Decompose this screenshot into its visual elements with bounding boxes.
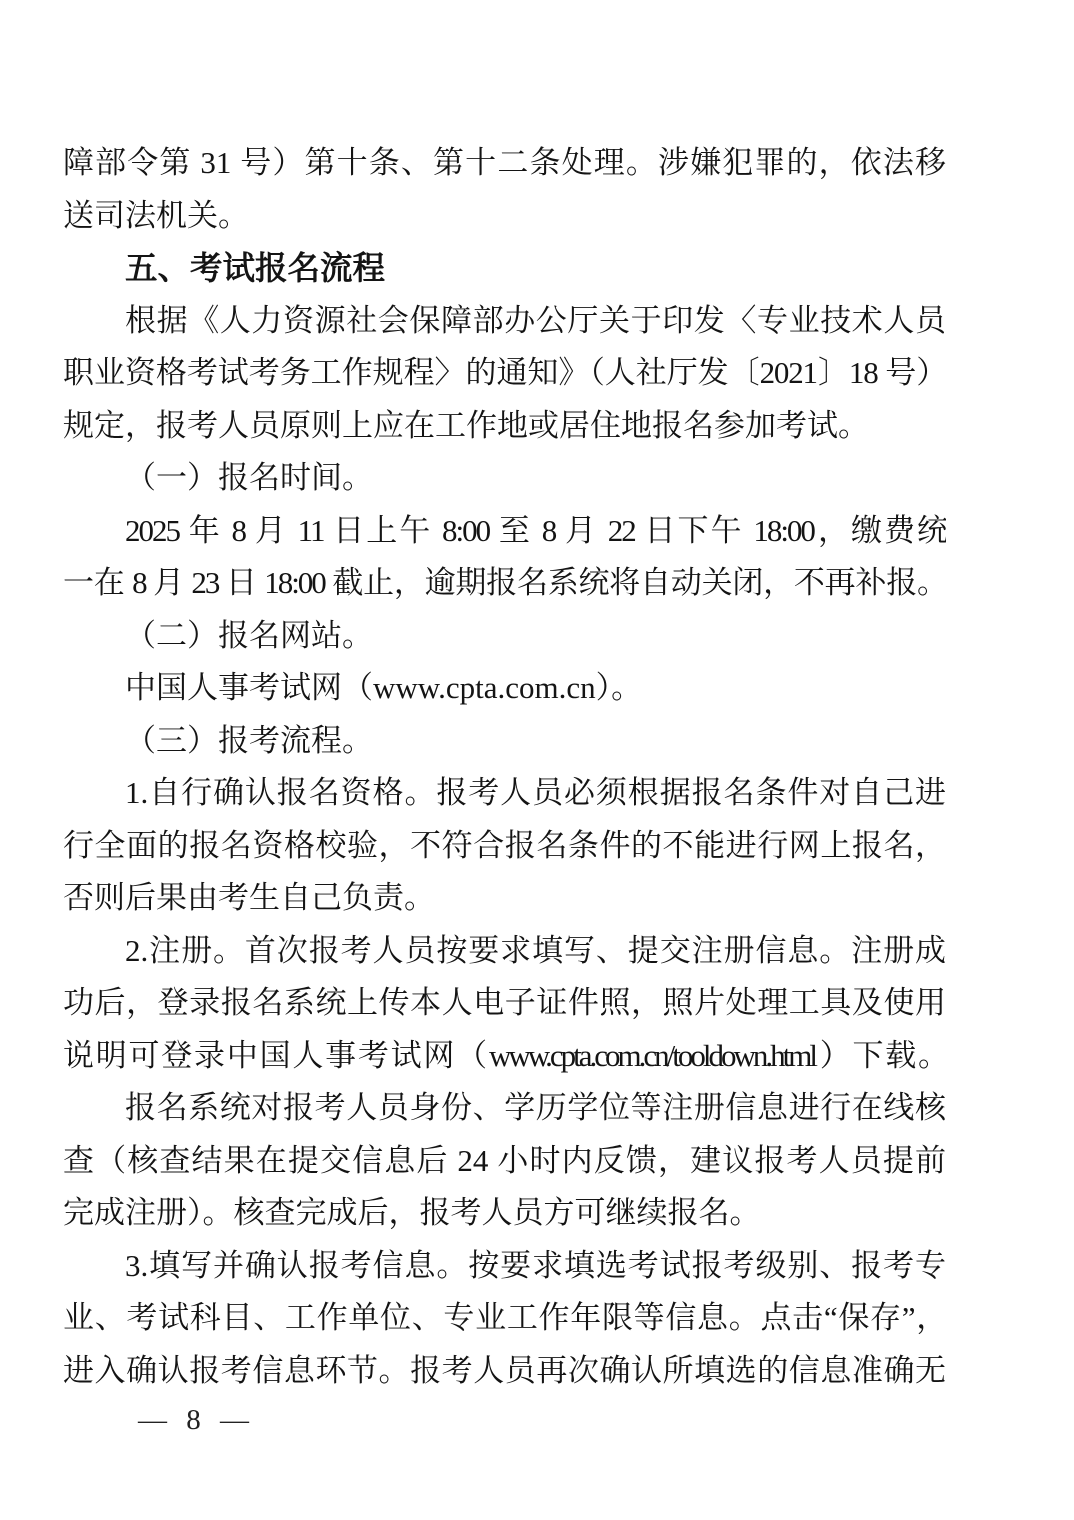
- text-line: 3.填写并确认报考信息。按要求填选考试报考级别、报考专: [63, 1240, 946, 1293]
- text-line: 行全面的报名资格校验，不符合报名条件的不能进行网上报名，: [63, 820, 946, 873]
- text-line: 2.注册。首次报考人员按要求填写、提交注册信息。注册成: [63, 925, 946, 978]
- page-number: — 8 —: [138, 1398, 250, 1442]
- text-line: 中国人事考试网（www.cpta.com.cn）。: [63, 662, 946, 715]
- text-line: 一在 8 月 23 日 18:00 截止，逾期报名系统将自动关闭，不再补报。: [63, 557, 946, 610]
- text-line: 业、考试科目、工作单位、专业工作年限等信息。点击“保存”，: [63, 1292, 946, 1345]
- text-line: （三）报考流程。: [63, 715, 946, 768]
- text-line: 查（核查结果在提交信息后 24 小时内反馈，建议报考人员提前: [63, 1135, 946, 1188]
- text-line: 根据《人力资源社会保障部办公厅关于印发〈专业技术人员: [63, 295, 946, 348]
- text-line: 1.自行确认报名资格。报考人员必须根据报名条件对自己进: [63, 767, 946, 820]
- text-line: 完成注册）。核查完成后，报考人员方可继续报名。: [63, 1187, 946, 1240]
- text-line: 职业资格考试考务工作规程〉的通知》（人社厅发〔2021〕18 号）: [63, 347, 946, 400]
- text-line: 送司法机关。: [63, 190, 946, 243]
- text-line: （一）报名时间。: [63, 452, 946, 505]
- document-text-body: 障部令第 31 号）第十条、第十二条处理。涉嫌犯罪的，依法移 送司法机关。 五、…: [63, 137, 946, 1397]
- text-line: 说明可登录中国人事考试网（www.cpta.com.cn/tooldown.ht…: [63, 1030, 946, 1083]
- text-line: 否则后果由考生自己负责。: [63, 872, 946, 925]
- text-line: 2025 年 8 月 11 日上午 8:00 至 8 月 22 日下午 18:0…: [63, 505, 946, 558]
- text-line: 进入确认报考信息环节。报考人员再次确认所填选的信息准确无: [63, 1345, 946, 1398]
- text-line: 功后，登录报名系统上传本人电子证件照，照片处理工具及使用: [63, 977, 946, 1030]
- document-page: 障部令第 31 号）第十条、第十二条处理。涉嫌犯罪的，依法移 送司法机关。 五、…: [0, 0, 1074, 1520]
- text-line: 规定，报考人员原则上应在工作地或居住地报名参加考试。: [63, 400, 946, 453]
- text-line: （二）报名网站。: [63, 610, 946, 663]
- text-line: 报名系统对报考人员身份、学历学位等注册信息进行在线核: [63, 1082, 946, 1135]
- text-line: 障部令第 31 号）第十条、第十二条处理。涉嫌犯罪的，依法移: [63, 137, 946, 190]
- section-heading: 五、考试报名流程: [63, 242, 946, 295]
